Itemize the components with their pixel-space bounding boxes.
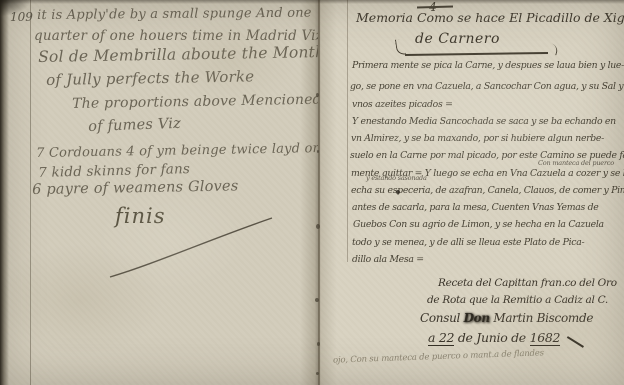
recipe-body-line: vnos azeites picados =: [352, 99, 453, 110]
recipe-title-line1: Memoria Como se hace El Picadillo de Xig…: [356, 10, 624, 25]
colophon-line: Receta del Capittan fran.co del Oro: [438, 277, 617, 289]
gutter-speck: [316, 372, 319, 375]
colophon-line: de Rota que la Remitio a Cadiz al C.: [427, 294, 608, 306]
gutter-speck: [317, 150, 319, 153]
left-text-line: 6 payre of weamens Gloves: [32, 178, 239, 198]
colophon-consul-rest: Martin Biscomde: [490, 311, 593, 325]
gutter-speck: [317, 342, 320, 346]
gutter-speck: [316, 93, 319, 97]
left-margin-rule: [30, 0, 31, 385]
recipe-body-line: dillo ala Mesa =: [352, 254, 424, 265]
left-text-line: Sol de Membrilla aboute the Month: [38, 43, 325, 66]
left-text-line: 7 Cordouans 4 of ym beinge twice layd on…: [36, 141, 329, 161]
recipe-body-line: Primera mente se pica la Carne, y despue…: [352, 60, 624, 71]
corner-shadow: [0, 0, 30, 16]
right-margin-rule: [347, 0, 348, 262]
manuscript-scan: 109 it is Apply'de by a small spunge And…: [0, 0, 624, 385]
interlinear-note: y estando sasonada: [366, 174, 427, 182]
date-year: 1682: [530, 330, 561, 346]
recipe-body-line: go, se pone en vna Cazuela, a Sancochar …: [350, 81, 623, 92]
left-text-line: it is Apply'de by a small spunge And one: [37, 6, 312, 23]
colophon-blotted-word: Don: [464, 311, 490, 325]
finis-word: finis: [115, 204, 166, 228]
recipe-body-line: todo y se menea, y de alli se lleua este…: [352, 237, 584, 248]
left-text-line: of Jully perfects the Worke: [46, 67, 254, 89]
recipe-title-line2: de Carnero: [415, 31, 500, 47]
ink-blot: [396, 190, 400, 194]
book-edge-shadow: [0, 0, 9, 385]
gutter-speck: [316, 224, 320, 229]
recipe-body-line: vn Almirez, y se ba maxando, por si hubi…: [351, 133, 604, 144]
recipe-body-line: antes de sacarla, para la mesa, Cuenten …: [352, 202, 599, 213]
date-middle: de Junio de: [454, 330, 529, 345]
recipe-body-line: Guebos Con su agrio de Limon, y se hecha…: [353, 219, 604, 230]
left-text-line: The proportions above Mencioned: [72, 92, 322, 112]
recipe-body-line: Y enestando Media Sancochada se saca y s…: [352, 116, 616, 127]
left-text-line: 7 kidd skinns for fans: [38, 161, 190, 181]
colophon-line: Consul Don Martin Biscomde: [420, 311, 593, 325]
recipe-body-line: echa su especeria, de azafran, Canela, C…: [351, 185, 624, 196]
fold-crease-line: [318, 0, 320, 385]
interlinear-note: Con manteca del puerco: [538, 159, 614, 167]
top-edge-shadow: [0, 0, 624, 4]
left-text-line: quarter of one houers time in Madrid Viz: [34, 28, 323, 44]
left-text-line: of fumes Viz: [88, 116, 181, 135]
date-day: a 22: [428, 330, 454, 346]
colophon-consul: Consul: [420, 311, 464, 325]
colophon-date-line: a 22 de Junio de 1682: [428, 330, 560, 345]
gutter-speck: [315, 298, 319, 302]
left-page: 109 it is Apply'de by a small spunge And…: [0, 0, 318, 385]
